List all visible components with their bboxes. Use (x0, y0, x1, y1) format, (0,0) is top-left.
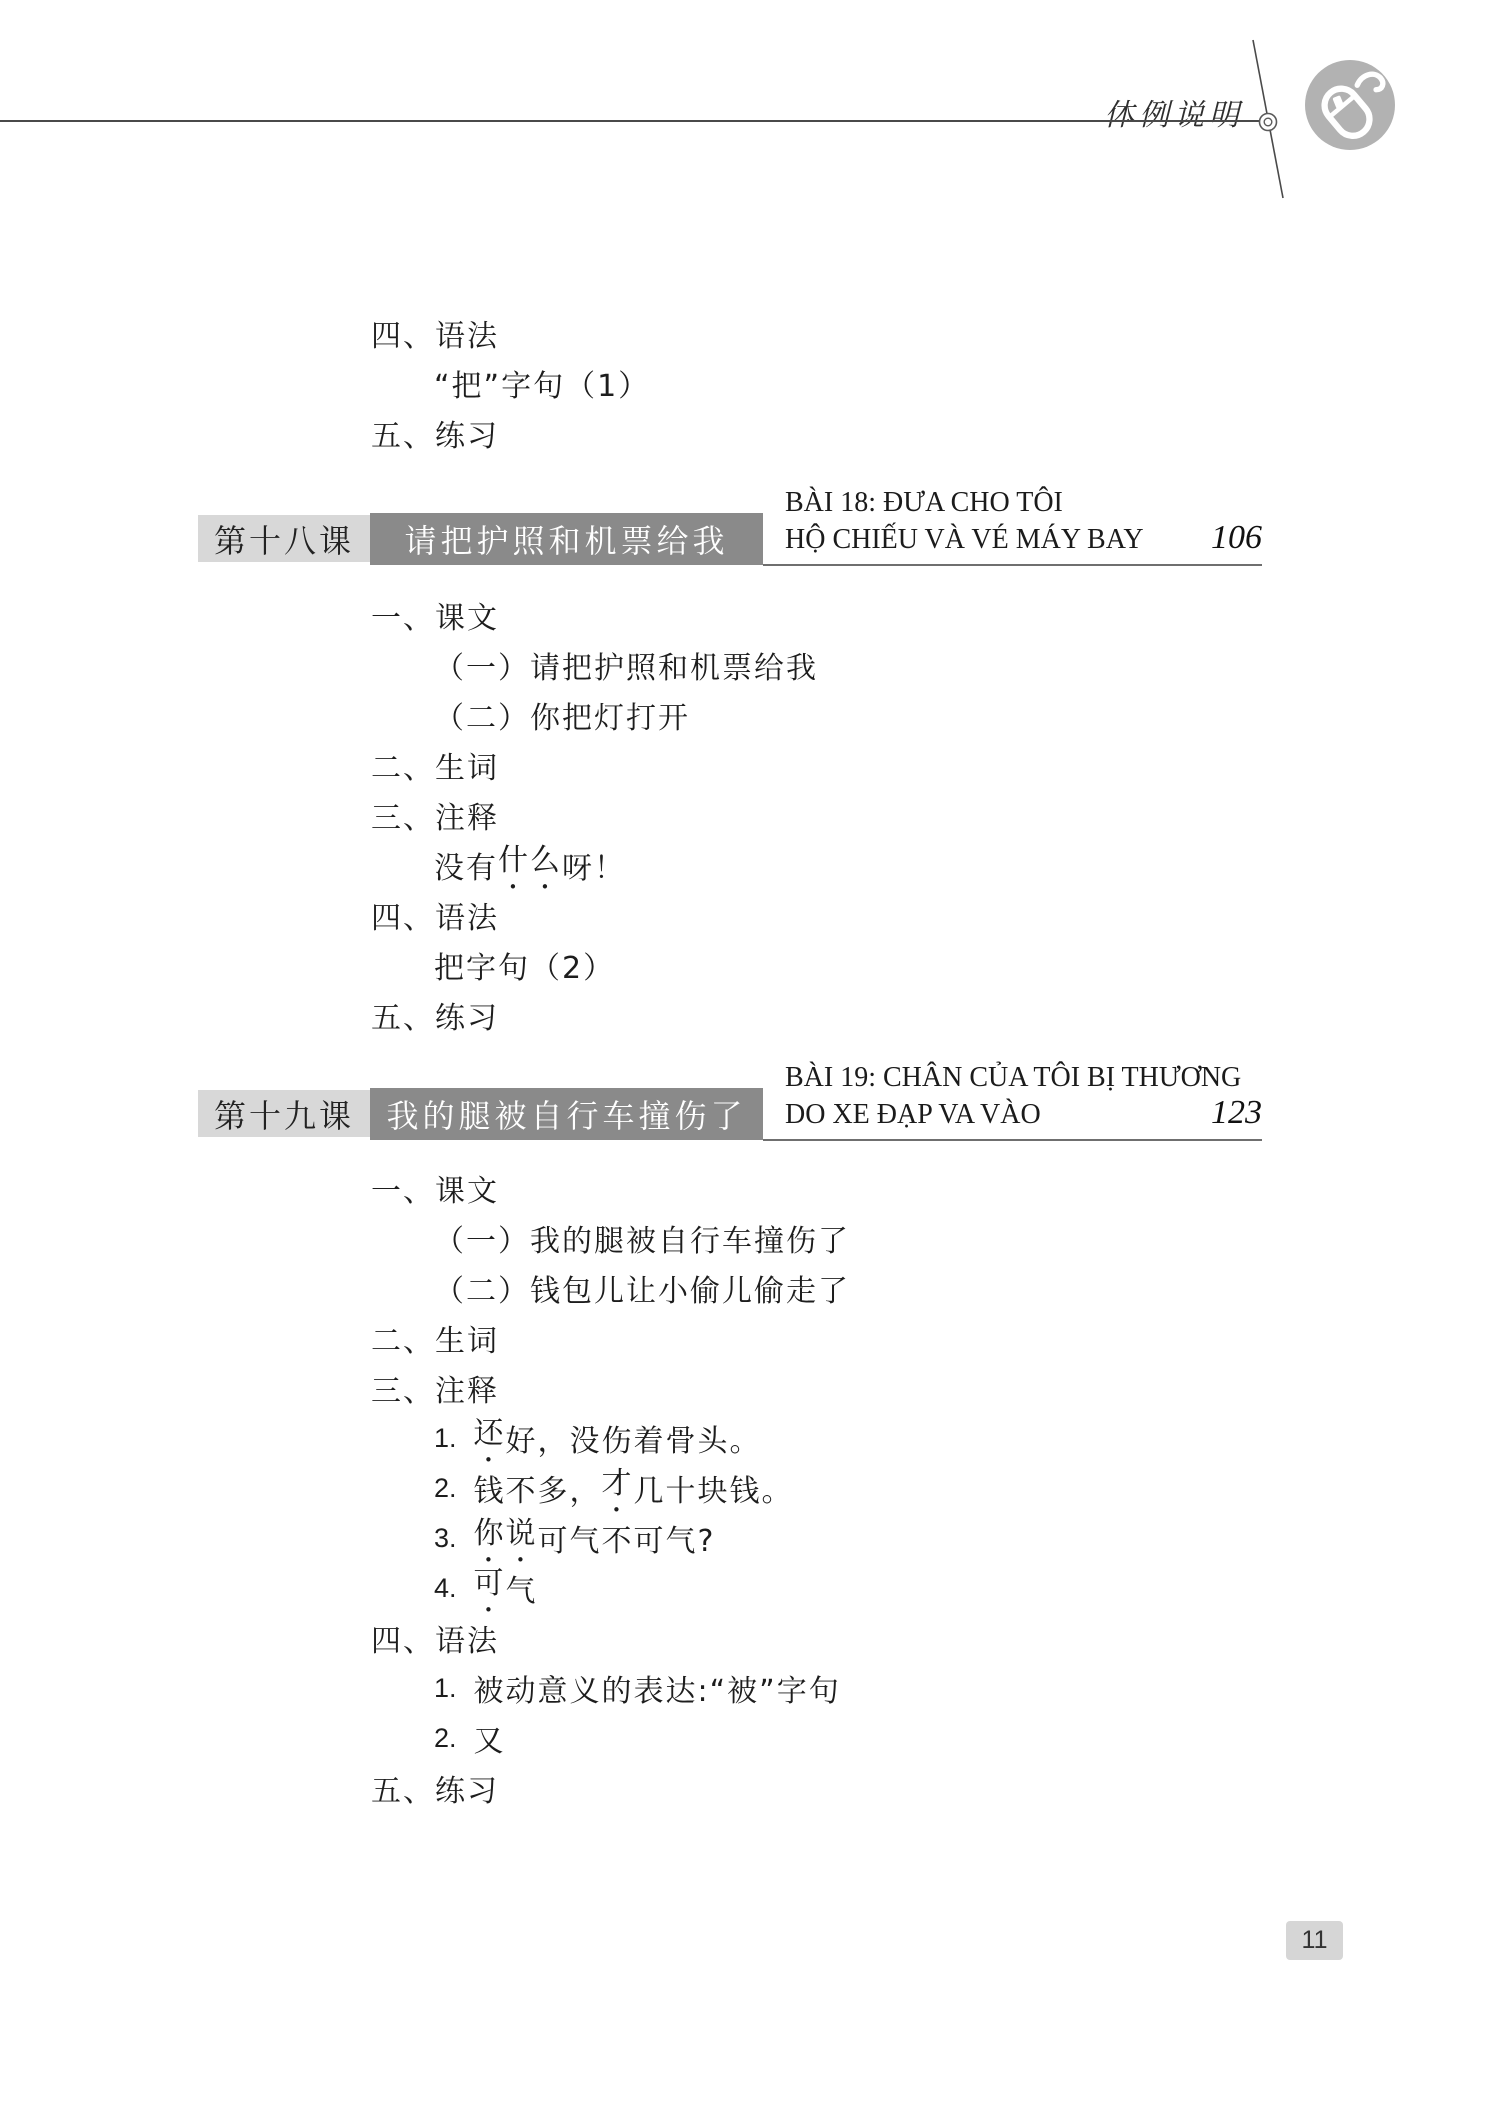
toc-item: （二）钱包儿让小偷儿偷走了 (198, 1263, 1298, 1313)
lesson-19-number-box: 第十九课 (198, 1090, 370, 1137)
toc-item: 三、注释 (198, 790, 1298, 840)
toc-item-text: 一、课文 (371, 1166, 499, 1210)
header-divider-decoration (1235, 30, 1305, 210)
lesson-19-page-number: 123 (1211, 1097, 1262, 1129)
toc-item-text: 四、语法 (371, 311, 499, 355)
toc-item-text: “把”字句（1） (434, 361, 650, 405)
lesson-18-title-vi: BÀI 18: ĐƯA CHO TÔI HỘ CHIẾU VÀ VÉ MÁY B… (785, 487, 1262, 556)
toc-item-text: 好，没伤着骨头。 (506, 1416, 762, 1460)
toc-item-text-emphasized: 可 (474, 1558, 506, 1619)
toc-item: 三、注释 (198, 1363, 1298, 1413)
toc-item: 3.你说可气不可气? (198, 1513, 1298, 1563)
toc-item-number: 2. (434, 1723, 457, 1754)
toc-item: 1.被动意义的表达:“被”字句 (198, 1663, 1298, 1713)
toc-item-text: 几十块钱。 (634, 1466, 794, 1510)
lesson-18-title-vi-line1: BÀI 18: ĐƯA CHO TÔI (785, 487, 1262, 519)
toc-item-text: 四、语法 (371, 1616, 499, 1660)
lesson-18-page-number: 106 (1211, 522, 1262, 554)
header-rule (0, 120, 1259, 122)
toc-item: 2.钱不多，才几十块钱。 (198, 1463, 1298, 1513)
toc-item-text: 一、课文 (371, 593, 499, 637)
toc-item: 四、语法 (198, 1613, 1298, 1663)
toc-item-text: 五、练习 (371, 1766, 499, 1810)
toc-item: 一、课文 (198, 1163, 1298, 1213)
toc-item-text: （二）你把灯打开 (434, 693, 690, 737)
toc-item-text-emphasized: 还 (474, 1408, 506, 1469)
lesson-19-title-cn: 我的腿被自行车撞伤了 (370, 1088, 763, 1140)
toc-item: 4.可气 (198, 1563, 1298, 1613)
toc-item-number: 1. (434, 1423, 457, 1454)
lesson-19-title-vi: BÀI 19: CHÂN CỦA TÔI BỊ THƯƠNG DO XE ĐẠP… (785, 1062, 1262, 1131)
toc-item-text: 二、生词 (371, 743, 499, 787)
toc-item: 2.又 (198, 1713, 1298, 1763)
toc-item: 四、语法 (198, 890, 1298, 940)
toc-item: 五、练习 (198, 990, 1298, 1040)
toc-item: 二、生词 (198, 1313, 1298, 1363)
toc-item-text: （一）请把护照和机票给我 (434, 643, 818, 687)
lesson-19-title-vi-line2: DO XE ĐẠP VA VÀO (785, 1099, 1041, 1131)
book-page: 体例说明 四、语法“把”字句（1）五、练习 第十八课 请把护照和机票给我 BÀI… (0, 0, 1512, 2119)
toc-item-text: 把字句（2） (434, 943, 615, 987)
toc-item-number: 2. (434, 1473, 457, 1504)
toc-item-text: 呀！ (562, 843, 626, 887)
toc-item-text: 五、练习 (371, 993, 499, 1037)
lesson-18-title-cn: 请把护照和机票给我 (370, 513, 763, 565)
toc-item: 一、课文 (198, 590, 1298, 640)
mouse-icon (1305, 60, 1395, 150)
lesson-18-number-box: 第十八课 (198, 515, 370, 562)
lesson-19-list: 一、课文（一）我的腿被自行车撞伤了（二）钱包儿让小偷儿偷走了二、生词三、注释1.… (198, 1163, 1298, 1813)
toc-item-text: 被动意义的表达:“被”字句 (474, 1666, 841, 1710)
toc-item-text: 三、注释 (371, 1366, 499, 1410)
toc-item: （一）我的腿被自行车撞伤了 (198, 1213, 1298, 1263)
toc-item-text: 可气不可气? (538, 1516, 716, 1560)
toc-item: 五、练习 (198, 1763, 1298, 1813)
toc-item-number: 1. (434, 1673, 457, 1704)
toc-item: 二、生词 (198, 740, 1298, 790)
toc-item: （二）你把灯打开 (198, 690, 1298, 740)
toc-item-text: 又 (474, 1716, 506, 1760)
lesson-19-band: 第十九课 我的腿被自行车撞伤了 BÀI 19: CHÂN CỦA TÔI BỊ … (198, 1090, 1262, 1137)
toc-item-text: 五、练习 (371, 411, 499, 455)
intro-list: 四、语法“把”字句（1）五、练习 (198, 308, 1298, 458)
toc-item-text: （二）钱包儿让小偷儿偷走了 (434, 1266, 850, 1310)
toc-item-text-emphasized: 才 (602, 1458, 634, 1519)
lesson-18-band: 第十八课 请把护照和机票给我 BÀI 18: ĐƯA CHO TÔI HỘ CH… (198, 515, 1262, 562)
lesson-18-underline (763, 564, 1262, 566)
toc-item-text: （一）我的腿被自行车撞伤了 (434, 1216, 850, 1260)
toc-item-text: 没有 (434, 843, 498, 887)
toc-item: 1.还好，没伤着骨头。 (198, 1413, 1298, 1463)
lesson-18-title-vi-line2: HỘ CHIẾU VÀ VÉ MÁY BAY (785, 524, 1144, 556)
header-section-title: 体例说明 (1104, 90, 1244, 134)
toc-item-text-emphasized: 什么 (498, 835, 562, 896)
lesson-19-underline (763, 1139, 1262, 1141)
toc-item: 把字句（2） (198, 940, 1298, 990)
toc-item-text: 三、注释 (371, 793, 499, 837)
lesson-19-title-vi-line1: BÀI 19: CHÂN CỦA TÔI BỊ THƯƠNG (785, 1062, 1262, 1094)
toc-item-text: 气 (506, 1566, 538, 1610)
toc-item: 五、练习 (198, 408, 1298, 458)
toc-item-number: 4. (434, 1573, 457, 1604)
page-number-badge: 11 (1286, 1921, 1343, 1960)
toc-item-number: 3. (434, 1523, 457, 1554)
toc-item-text: 四、语法 (371, 893, 499, 937)
toc-item-text: 二、生词 (371, 1316, 499, 1360)
lesson-18-list: 一、课文（一）请把护照和机票给我（二）你把灯打开二、生词三、注释没有什么呀！四、… (198, 590, 1298, 1040)
toc-item-text: 钱不多， (474, 1466, 602, 1510)
toc-item: 四、语法 (198, 308, 1298, 358)
toc-item: 没有什么呀！ (198, 840, 1298, 890)
toc-item: “把”字句（1） (198, 358, 1298, 408)
toc-item: （一）请把护照和机票给我 (198, 640, 1298, 690)
